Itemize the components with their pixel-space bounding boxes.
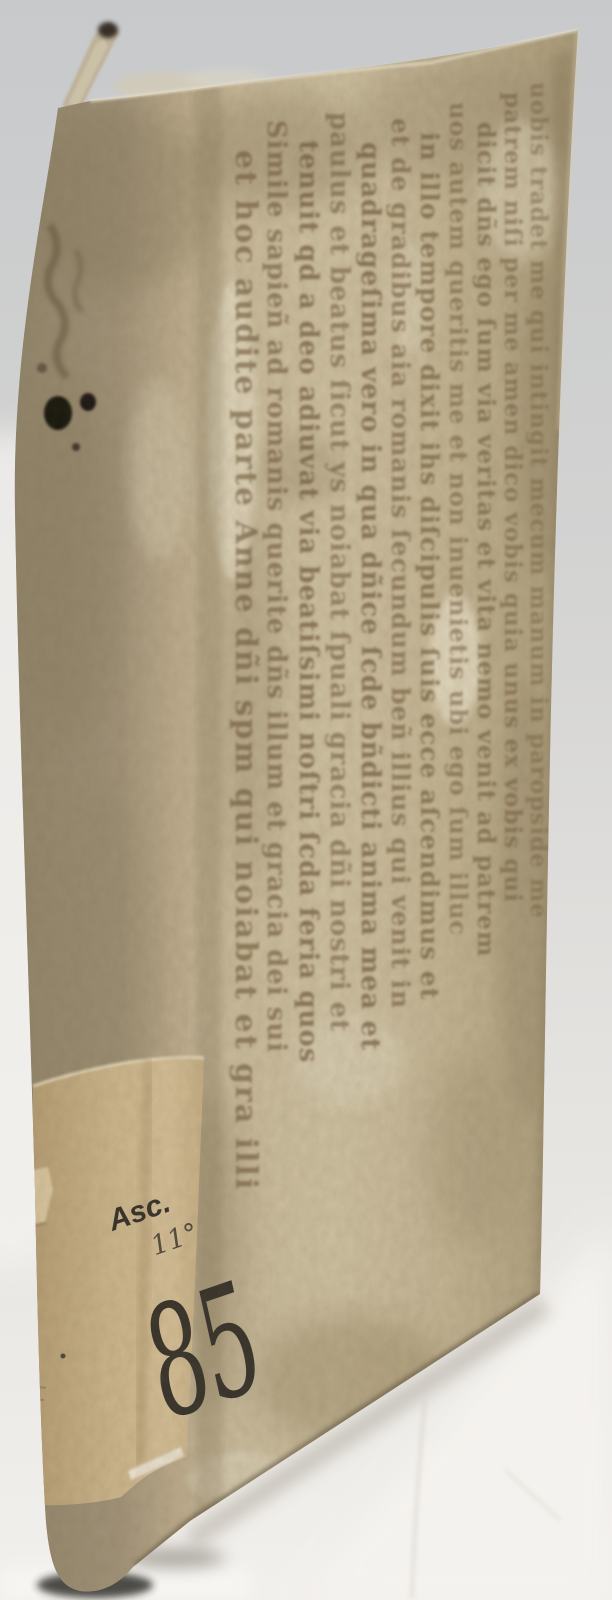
photo-of-vellum-book: et hoc audite parte Anne dñi spm qui noi… [0,0,612,1600]
photo-canvas: et hoc audite parte Anne dñi spm qui noi… [0,0,612,1600]
spine-tie-dark-tip [98,22,118,38]
